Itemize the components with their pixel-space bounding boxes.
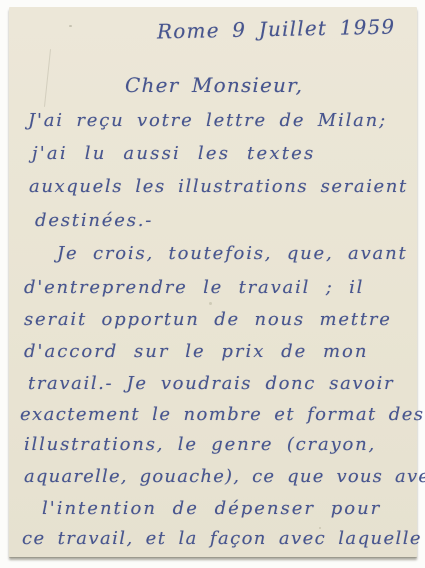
letter-body-line: d'accord sur le prix de mon — [24, 341, 369, 362]
letter-body-line: serait opportun de nous mettre — [24, 309, 392, 330]
letter-body-line: aquarelle, gouache), ce que vous avez — [24, 466, 425, 487]
paper-speck — [69, 25, 72, 27]
paper-scratch — [44, 49, 51, 107]
letter-body-line: travail.- Je voudrais donc savoir — [28, 373, 394, 394]
photo-of-letter: Rome 9 Juillet 1959 Cher Monsieur, J'ai … — [0, 0, 425, 568]
letter-body-line: l'intention de dépenser pour — [42, 498, 381, 519]
letter-dateline: Rome 9 Juillet 1959 — [157, 15, 396, 44]
letter-body-line: illustrations, le genre (crayon, — [24, 434, 376, 455]
letter-body-line: destinées.- — [35, 210, 153, 231]
letter-body-line: d'entreprendre le travail ; il — [24, 277, 364, 298]
letter-body-line: Je crois, toutefois, que, avant — [57, 243, 408, 264]
letter-body-line: ce travail, et la façon avec laquelle — [22, 528, 422, 549]
letter-body-line: exactement le nombre et format des — [20, 404, 424, 425]
paper-speck — [209, 302, 212, 305]
letter-salutation: Cher Monsieur, — [125, 73, 303, 97]
letter-body-line: j'ai lu aussi les textes — [32, 143, 315, 164]
letter-paper: Rome 9 Juillet 1959 Cher Monsieur, J'ai … — [9, 7, 417, 557]
letter-body-line: J'ai reçu votre lettre de Milan; — [28, 110, 387, 131]
letter-body-line: auxquels les illustrations seraient — [29, 176, 408, 197]
